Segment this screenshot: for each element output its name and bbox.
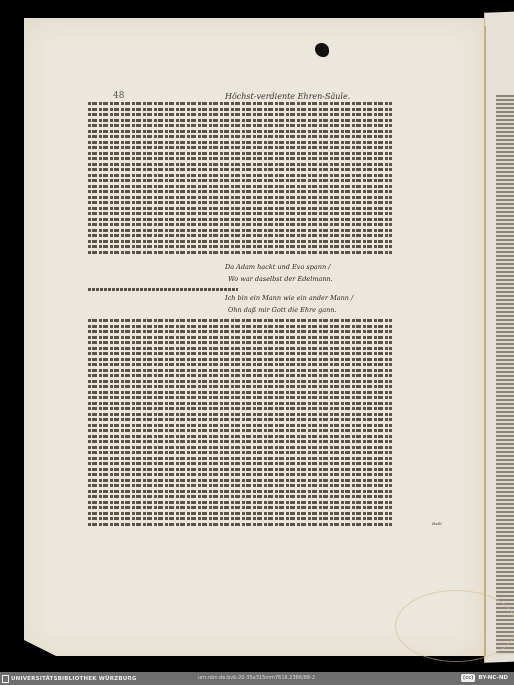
heading-2-line-1: Ich bin ein Mann wie ein ander Mann /	[225, 294, 353, 302]
heading-1-line-1: Da Adam hackt und Eva spann /	[225, 263, 330, 271]
text-block-2	[88, 318, 392, 529]
page-number: 48	[113, 91, 124, 101]
running-head: Höchst-verdiente Ehren-Säule.	[225, 92, 350, 101]
facing-page-text	[496, 95, 514, 655]
water-stain	[395, 590, 514, 662]
heading-1-line-2: Wo war daselbst der Edelmann.	[228, 275, 333, 283]
heading-2-line-2: Ohn daß mir Gott die Ehre gann.	[228, 306, 337, 314]
paper-damage-hole	[315, 43, 329, 57]
institution-name: UNIVERSITÄTSBIBLIOTHEK WÜRZBURG	[11, 676, 137, 682]
creative-commons-icon: (cc)	[461, 674, 476, 682]
catchword: Rath	[432, 521, 442, 526]
urn-identifier[interactable]: urn:nbn:de:bvb:20-35a315mm7616.2386/68-2	[198, 675, 315, 681]
book-spine	[484, 26, 486, 656]
library-logo-icon	[2, 675, 9, 683]
text-block-1	[88, 101, 392, 255]
institution-logo[interactable]: UNIVERSITÄTSBIBLIOTHEK WÜRZBURG	[2, 674, 137, 683]
license-badge[interactable]: (cc) BY-NC-ND	[461, 674, 508, 682]
footer-bar: UNIVERSITÄTSBIBLIOTHEK WÜRZBURG urn:nbn:…	[0, 672, 514, 685]
license-text: BY-NC-ND	[478, 675, 508, 681]
document-viewer: 48 Höchst-verdiente Ehren-Säule. Da Adam…	[0, 0, 514, 672]
folded-corner	[24, 640, 60, 658]
intro-line: Daß selbst starcke Kriegt zur Hand genom…	[88, 287, 238, 291]
